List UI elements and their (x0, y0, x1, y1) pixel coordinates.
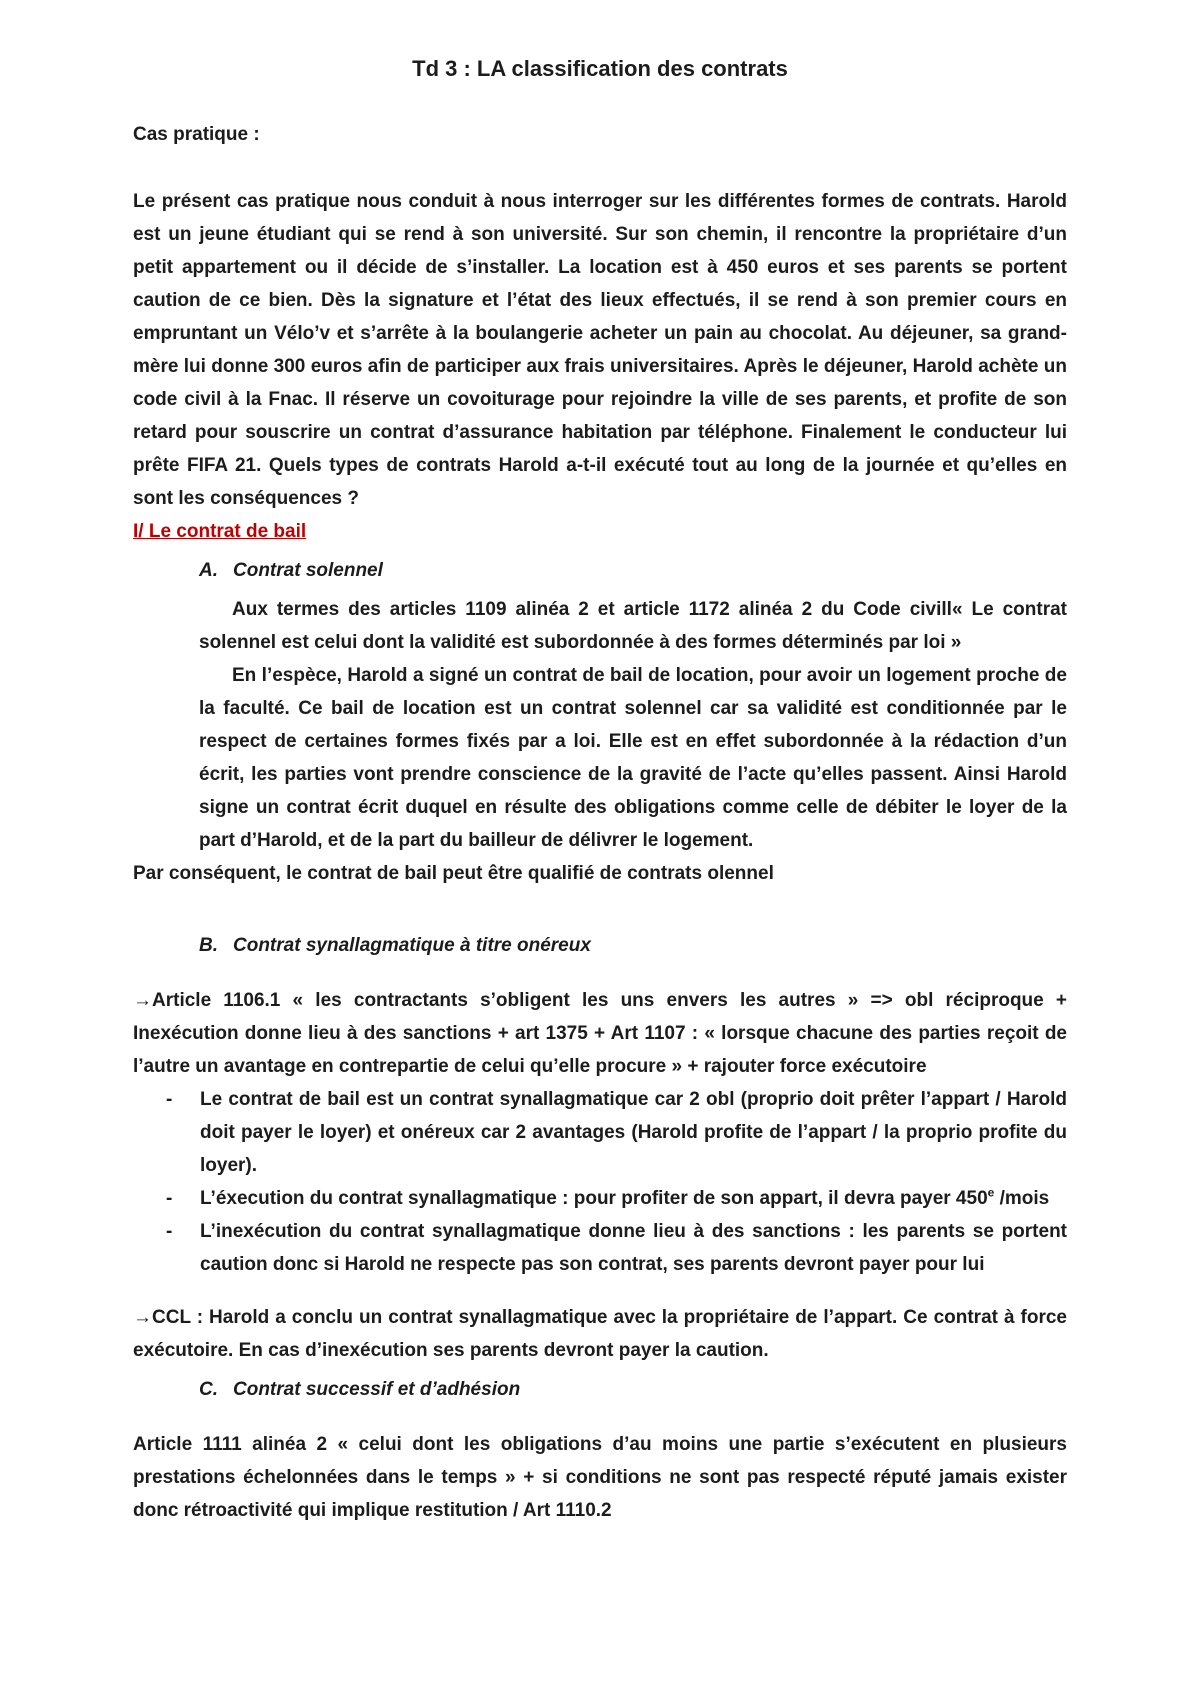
bullet-text: Le contrat de bail est un contrat synall… (200, 1083, 1067, 1182)
section-b-letter: B. (199, 929, 233, 962)
intro-paragraph: Le présent cas pratique nous conduit à n… (133, 185, 1067, 515)
blank-line (133, 890, 1067, 923)
bullet-list: - Le contrat de bail est un contrat syna… (133, 1083, 1067, 1281)
bullet-text-post: /mois (994, 1188, 1049, 1209)
section-a-heading: A. Contrat solennel (199, 554, 1067, 587)
section-a-conclusion: Par conséquent, le contrat de bail peut … (133, 857, 1067, 890)
section-c-title: Contrat successif et d’adhésion (233, 1373, 520, 1406)
section-b-conclusion: →CCL : Harold a conclu un contrat synall… (133, 1301, 1067, 1367)
case-practice-label: Cas pratique : (133, 118, 1067, 151)
bullet-text: L’éxecution du contrat synallagmatique :… (200, 1182, 1067, 1215)
section-a-paragraph-2: En l’espèce, Harold a signé un contrat d… (199, 659, 1067, 857)
section-b-paragraph-text: Article 1106.1 « les contractants s’obli… (133, 990, 1067, 1077)
bullet-item: - L’éxecution du contrat synallagmatique… (133, 1182, 1067, 1215)
section-b-conclusion-text: CCL : Harold a conclu un contrat synalla… (133, 1307, 1067, 1361)
document-title: Td 3 : LA classification des contrats (133, 54, 1067, 84)
section-b-paragraph: →Article 1106.1 « les contractants s’obl… (133, 984, 1067, 1083)
bullet-text: L’inexécution du contrat synallagmatique… (200, 1215, 1067, 1281)
section-c-heading: C. Contrat successif et d’adhésion (199, 1373, 1067, 1406)
bullet-text-pre: L’éxecution du contrat synallagmatique :… (200, 1188, 988, 1209)
bullet-dash-icon: - (166, 1182, 200, 1215)
section-a-paragraph-1: Aux termes des articles 1109 alinéa 2 et… (199, 593, 1067, 659)
bullet-item: - L’inexécution du contrat synallagmatiq… (133, 1215, 1067, 1281)
arrow-icon: → (133, 990, 152, 1011)
section-b-heading: B. Contrat synallagmatique à titre onére… (199, 929, 1067, 962)
part-1-heading: I/ Le contrat de bail (133, 515, 1067, 548)
bullet-dash-icon: - (166, 1083, 200, 1182)
bullet-dash-icon: - (166, 1215, 200, 1281)
section-a-title: Contrat solennel (233, 554, 383, 587)
section-c-letter: C. (199, 1373, 233, 1406)
section-b-title: Contrat synallagmatique à titre onéreux (233, 929, 591, 962)
arrow-icon: → (133, 1307, 152, 1328)
bullet-item: - Le contrat de bail est un contrat syna… (133, 1083, 1067, 1182)
document-page: Td 3 : LA classification des contrats Ca… (0, 0, 1200, 1698)
section-c-paragraph: Article 1111 alinéa 2 « celui dont les o… (133, 1428, 1067, 1527)
section-a-letter: A. (199, 554, 233, 587)
